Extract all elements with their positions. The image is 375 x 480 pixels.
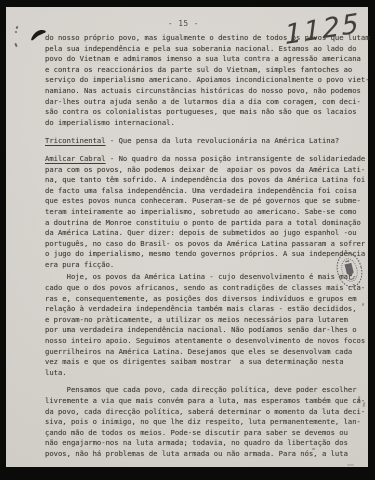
paragraph: do nosso próprio povo, mas igualmente o … (45, 33, 375, 128)
speaker-name-underlined: Tricontinental (45, 136, 106, 145)
text-line: guerrilheiros na América Latina. Desejam… (45, 347, 375, 358)
text-line: namiano. Nas actuais circunstâncias hist… (45, 86, 375, 97)
text-line: relação à verdadeira independência també… (45, 304, 375, 315)
text-line: do imperialismo internacional. (45, 118, 375, 129)
text-line: da povo, cada direcção política, saberá … (45, 407, 375, 418)
pen-speck-mark (16, 26, 19, 30)
text-line: teram inteiramente ao imperialismo, sobr… (45, 207, 375, 218)
text-line: português, no caso do Brasil- os povos d… (45, 239, 375, 250)
text-line: que estes povos nunca conheceram. Pusera… (45, 196, 375, 207)
text-line: cado que o dos povos africanos, sendo as… (45, 283, 375, 294)
text-line: Tricontinental - Que pensa da luta revol… (45, 136, 375, 147)
text-line: era pura ficção. (45, 260, 375, 271)
text-line: e provam-no pràticamente, a utilizar os … (45, 315, 375, 326)
scanned-document: - 15 - 1125 do nosso próprio povo, mas i… (0, 0, 375, 480)
paragraph: Tricontinental - Que pensa da luta revol… (45, 136, 375, 147)
text-line: vez mais e que os dirigentes saibam most… (45, 357, 375, 368)
text-line: de facto uma falsa independência. Uma ve… (45, 186, 375, 197)
text-line: çando mão de todos os meios. Pode-se dis… (45, 428, 375, 439)
pen-speck-mark (14, 43, 18, 47)
text-line: dar-lhes outra ajuda senão a de lutarmos… (45, 97, 375, 108)
text-line: para com os povos, não podemos deixar de… (45, 165, 375, 176)
paragraph: Hoje, os povos da América Latina - cujo … (45, 272, 375, 378)
text-line: siva, pois o inimigo, no que lhe diz res… (45, 417, 375, 428)
text-line: por uma verdadeira independência naciona… (45, 325, 375, 336)
paper-speck (312, 448, 315, 450)
paragraph: Amilcar Cabral - No quadro da nossa posi… (45, 154, 375, 271)
text-line: são contra os colonialistas portugueses,… (45, 107, 375, 118)
speaker-name-underlined: Amilcar Cabral (45, 154, 106, 163)
text-line: povo do Vietnam e admiramos imenso a sua… (45, 54, 375, 65)
text-line: ras e, consequentemente, as posições dos… (45, 294, 375, 305)
text-line: Hoje, os povos da América Latina - cujo … (45, 272, 375, 283)
pen-speck-mark (15, 31, 17, 33)
text-line: luta. (45, 368, 375, 379)
text-line: serviço do imperialismo americano. Apoia… (45, 75, 375, 86)
text-line: a doutrina de Monroe constituiu o ponto … (45, 218, 375, 229)
text-line: pela sua independência e pela sua sobera… (45, 44, 375, 55)
text-line: e contra os reaccionários da parte sul d… (45, 65, 375, 76)
text-line: povos, não há problemas de luta armada o… (45, 449, 375, 460)
text-line: nosso inteiro apoio. Seguimos atentament… (45, 336, 375, 347)
text-line: na, que tanto têm sofrido. A independênc… (45, 175, 375, 186)
text-line: livremente a via que mais convém para a … (45, 396, 375, 407)
typewritten-text-block: do nosso próprio povo, mas igualmente o … (45, 33, 375, 460)
text-line: do nosso próprio povo, mas igualmente o … (45, 33, 375, 44)
text-line: não engajarmo-nos na luta armada; todavi… (45, 438, 375, 449)
text-line: Pensamos que cada povo, cada direcção po… (45, 385, 375, 396)
paragraph: Pensamos que cada povo, cada direcção po… (45, 385, 375, 459)
document-page: - 15 - 1125 do nosso próprio povo, mas i… (6, 7, 368, 467)
paper-speck (347, 464, 354, 466)
text-line: Amilcar Cabral - No quadro da nossa posi… (45, 154, 375, 165)
text-line: da América Latina. Quer dizer: depois de… (45, 228, 375, 239)
circular-seal-stamp-icon (335, 249, 364, 291)
text-line: o jugo do imperialismo, mesmo tendo gove… (45, 249, 375, 260)
